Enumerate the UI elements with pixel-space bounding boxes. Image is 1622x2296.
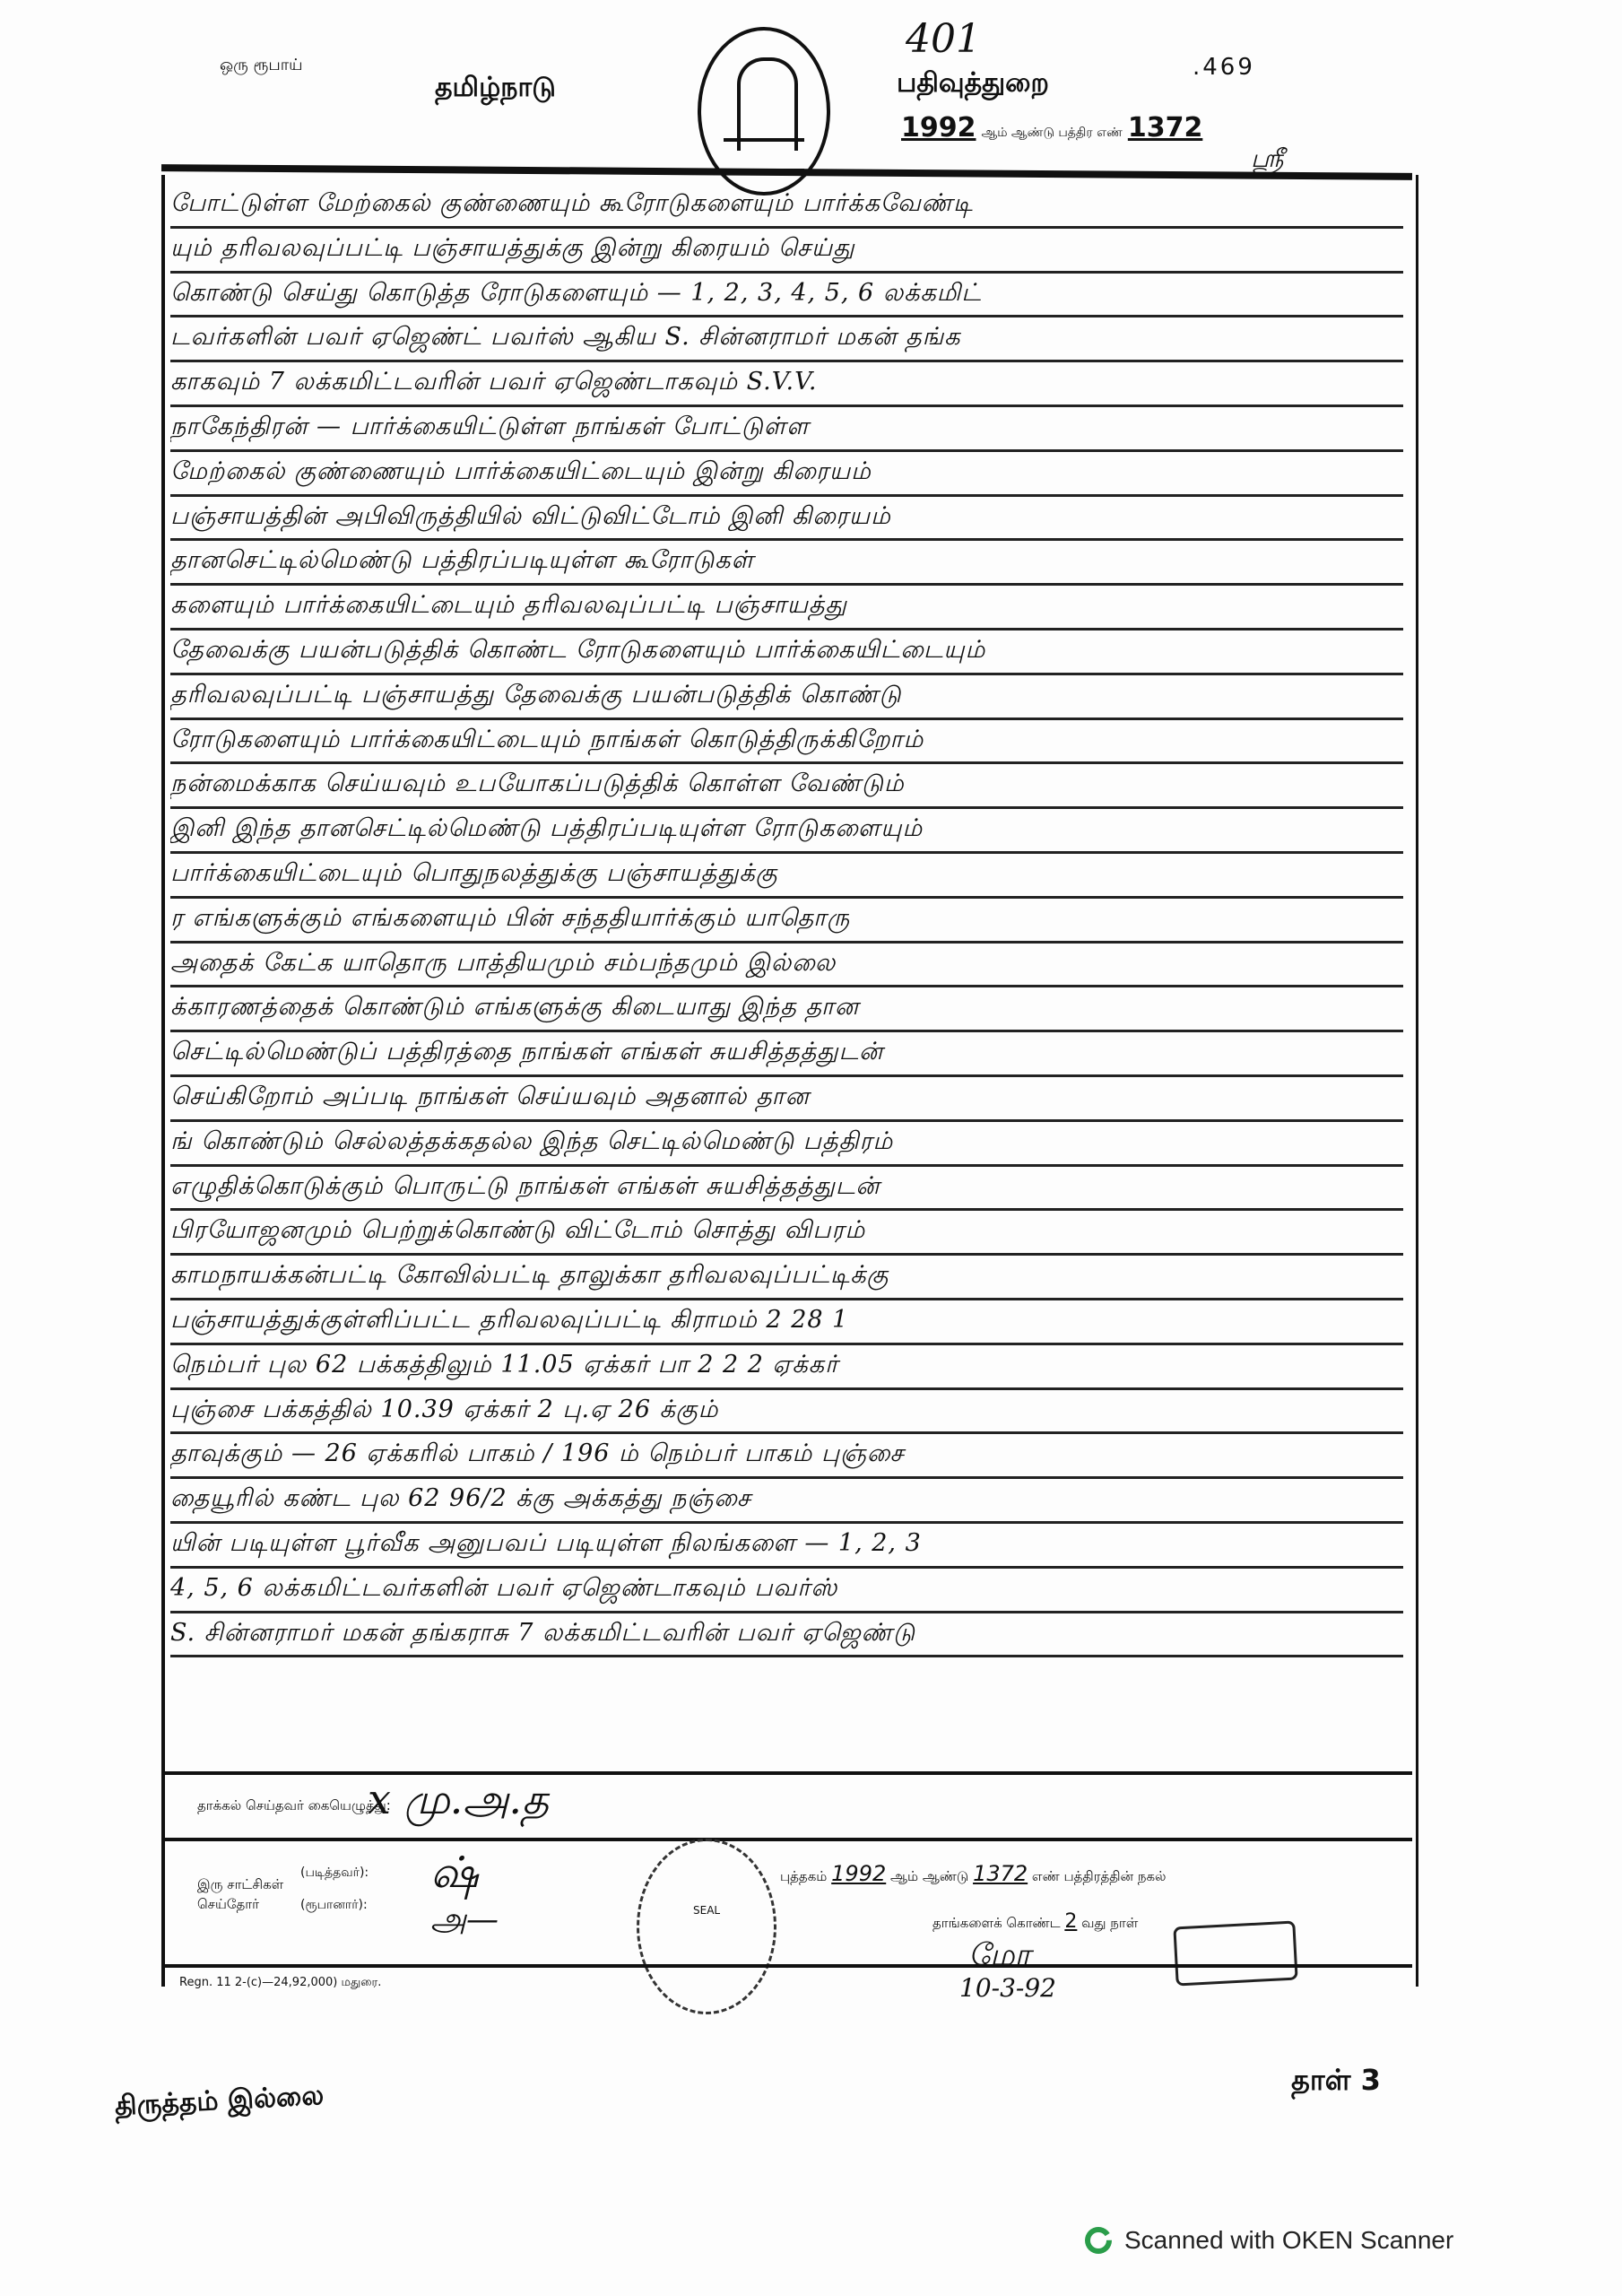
book-entry-line: புத்தகம் 1992 ஆம் ஆண்டு 1372 எண் பத்திரத… — [780, 1861, 1167, 1886]
date-entry-line: தாங்களைக் கொண்ட 2 வது நாள் — [932, 1910, 1138, 1933]
state-name: தமிழ்நாடு — [435, 72, 556, 107]
regn-city: மதுரை. — [342, 1976, 382, 1989]
book-number: 1372 — [973, 1861, 1028, 1886]
scanner-watermark: Scanned with OKEN Scanner — [1085, 2226, 1453, 2255]
seal-text: SEAL — [693, 1904, 720, 1917]
executant-row: தாக்கல் செய்தவர் கையெழுத்து: x மு.அ.த — [161, 1771, 1412, 1841]
body-line: தானசெட்டில்மெண்டு பத்திரப்படியுள்ள கூரோட… — [170, 541, 1403, 586]
body-line: களையும் பார்க்கையிட்டையும் தரிவலவுப்பட்ட… — [170, 586, 1403, 631]
deed-number: 1372 — [1128, 112, 1203, 143]
executant-signature: x மு.அ.த — [368, 1775, 549, 1830]
oken-logo-icon — [1085, 2227, 1112, 2254]
deed-year-line: 1992ஆம் ஆண்டு பத்திர எண்1372 — [901, 112, 1202, 143]
regn-text: Regn. 11 2-(c)—24,92,000) மதுரை. — [179, 1976, 381, 1990]
body-line: ங் கொண்டும் செல்லத்தக்கதல்ல இந்த செட்டில… — [170, 1122, 1403, 1167]
deed-year-label: ஆம் ஆண்டு பத்திர எண் — [982, 126, 1123, 140]
body-line: பிரயோஜனமும் பெற்றுக்கொண்டு விட்டோம் சொத்… — [170, 1211, 1403, 1256]
book-year-suffix: ஆம் ஆண்டு — [890, 1868, 968, 1884]
department-name: பதிவுத்துறை — [897, 67, 1049, 102]
no-corrections-stamp: திருத்தம் இல்லை — [114, 2080, 325, 2126]
body-line: பார்க்கையிட்டையும் பொதுநலத்துக்கு பஞ்சாய… — [170, 854, 1403, 899]
witness-type-labels: (படித்தவர்): (ரூபானார்): — [300, 1857, 369, 1921]
body-line: தரிவலவுப்பட்டி பஞ்சாயத்து தேவைக்கு பயன்ப… — [170, 675, 1403, 720]
body-line: தாவுக்கும் — 26 ஏக்கரில் பாகம் / 196 ம் … — [170, 1434, 1403, 1479]
witness-signature-1: ஷ் — [430, 1848, 479, 1903]
book-suffix: எண் பத்திரத்தின் நகல் — [1032, 1868, 1167, 1884]
body-line: நெம்பர் புல 62 பக்கத்திலும் 11.05 ஏக்கர்… — [170, 1345, 1403, 1390]
body-line: கொண்டு செய்து கொடுத்த ரோடுகளையும் — 1, 2… — [170, 274, 1403, 318]
regn-code: Regn. 11 2-(c)—24,92,000) — [179, 1976, 337, 1989]
date-label: தாங்களைக் கொண்ட — [932, 1915, 1061, 1931]
deed-year: 1992 — [901, 112, 976, 143]
date-value: 2 — [1064, 1910, 1077, 1933]
book-label: புத்தகம் — [780, 1868, 827, 1884]
body-line: நன்மைக்காக செய்யவும் உபயோகப்படுத்திக் கொ… — [170, 764, 1403, 809]
body-line: யும் தரிவலவுப்பட்டி பஞ்சாயத்துக்கு இன்று… — [170, 229, 1403, 274]
body-line: ர எங்களுக்கும் எங்களையும் பின் சந்ததியார… — [170, 899, 1403, 944]
scanned-document-page: ஒரு ரூபாய் தமிழ்நாடு 401 பதிவுத்துறை .46… — [0, 0, 1622, 2296]
body-line: நாகேந்திரன் — பார்க்கையிட்டுள்ள நாங்கள் … — [170, 407, 1403, 452]
body-line: S. சின்னராமர் மகன் தங்கராசு 7 லக்கமிட்டவ… — [170, 1613, 1403, 1658]
emblem-base — [724, 138, 804, 172]
body-line: க்காரணத்தைக் கொண்டும் எங்களுக்கு கிடையாத… — [170, 987, 1403, 1032]
body-line: செய்கிறோம் அப்படி நாங்கள் செய்யவும் அதனா… — [170, 1077, 1403, 1122]
illiterate-label: (ரூபானார்): — [300, 1889, 369, 1921]
book-year: 1992 — [831, 1861, 886, 1886]
body-line: எழுதிக்கொடுக்கும் பொருட்டு நாங்கள் எங்கள… — [170, 1167, 1403, 1212]
serial-number: .469 — [1193, 54, 1255, 81]
body-line: மேற்கைல் குண்ணையும் பார்க்கையிட்டையும் இ… — [170, 452, 1403, 497]
signature-footer: தாக்கல் செய்தவர் கையெழுத்து: x மு.அ.த இர… — [161, 1771, 1412, 1987]
body-line: புஞ்சை பக்கத்தில் 10.39 ஏக்கர் 2 பு.ஏ 26… — [170, 1390, 1403, 1435]
body-line: காகவும் 7 லக்கமிட்டவரின் பவர் ஏஜெண்டாகவு… — [170, 362, 1403, 407]
body-line: டவர்களின் பவர் ஏஜெண்ட் பவர்ஸ் ஆகிய S. சி… — [170, 317, 1403, 362]
witness-label-line1: இரு சாட்சிகள் — [197, 1874, 283, 1894]
literate-label: (படித்தவர்): — [300, 1857, 369, 1889]
body-line: காமநாயக்கன்பட்டி கோவில்பட்டி தாலுக்கா தர… — [170, 1256, 1403, 1300]
body-line: தேவைக்கு பயன்படுத்திக் கொண்ட ரோடுகளையும்… — [170, 631, 1403, 675]
body-line: யின் படியுள்ள பூர்வீக அனுபவப் படியுள்ள ந… — [170, 1524, 1403, 1569]
body-line: செட்டில்மெண்டுப் பத்திரத்தை நாங்கள் எங்க… — [170, 1032, 1403, 1077]
temple-tower-icon — [737, 57, 798, 151]
body-line: பஞ்சாயத்தின் அபிவிருத்தியில் விட்டுவிட்ட… — [170, 497, 1403, 542]
registrar-seal-icon: SEAL — [637, 1839, 776, 2014]
handwritten-body: போட்டுள்ள மேற்கைல் குண்ணையும் கூரோடுகளைய… — [170, 184, 1403, 1657]
body-line: பஞ்சாயத்துக்குள்ளிப்பட்ட தரிவலவுப்பட்டி … — [170, 1300, 1403, 1345]
body-line: ரோடுகளையும் பார்க்கையிட்டையும் நாங்கள் க… — [170, 720, 1403, 765]
body-line: 4, 5, 6 லக்கமிட்டவர்களின் பவர் ஏஜெண்டாகவ… — [170, 1569, 1403, 1613]
witness-label: இரு சாட்சிகள் செய்தோர் — [197, 1874, 283, 1914]
handwritten-date: 10-3-92 — [959, 1973, 1056, 2003]
registrar-signature: மோ — [968, 1937, 1030, 1977]
witness-label-line2: செய்தோர் — [197, 1894, 283, 1914]
witness-signature-2: அ— — [430, 1901, 499, 1943]
date-suffix: வது நாள் — [1081, 1915, 1138, 1931]
body-line: இனி இந்த தானசெட்டில்மெண்டு பத்திரப்படியு… — [170, 809, 1403, 854]
body-line: அதைக் கேட்க யாதொரு பாத்தியமும் சம்பந்தமு… — [170, 944, 1403, 988]
scanner-watermark-text: Scanned with OKEN Scanner — [1124, 2226, 1453, 2255]
footer-rule — [161, 1964, 1412, 1968]
registrar-stamp-icon — [1173, 1920, 1297, 1986]
stamp-value: ஒரு ரூபாய் — [220, 56, 303, 76]
executant-label: தாக்கல் செய்தவர் கையெழுத்து: — [197, 1797, 391, 1815]
body-line: தையூரில் கண்ட புல 62 96/2 க்கு அக்கத்து … — [170, 1479, 1403, 1524]
handwritten-number: 401 — [906, 16, 981, 62]
body-line: போட்டுள்ள மேற்கைல் குண்ணையும் கூரோடுகளைய… — [170, 184, 1403, 229]
page-mark: தாள் 3 — [1291, 2063, 1381, 2100]
